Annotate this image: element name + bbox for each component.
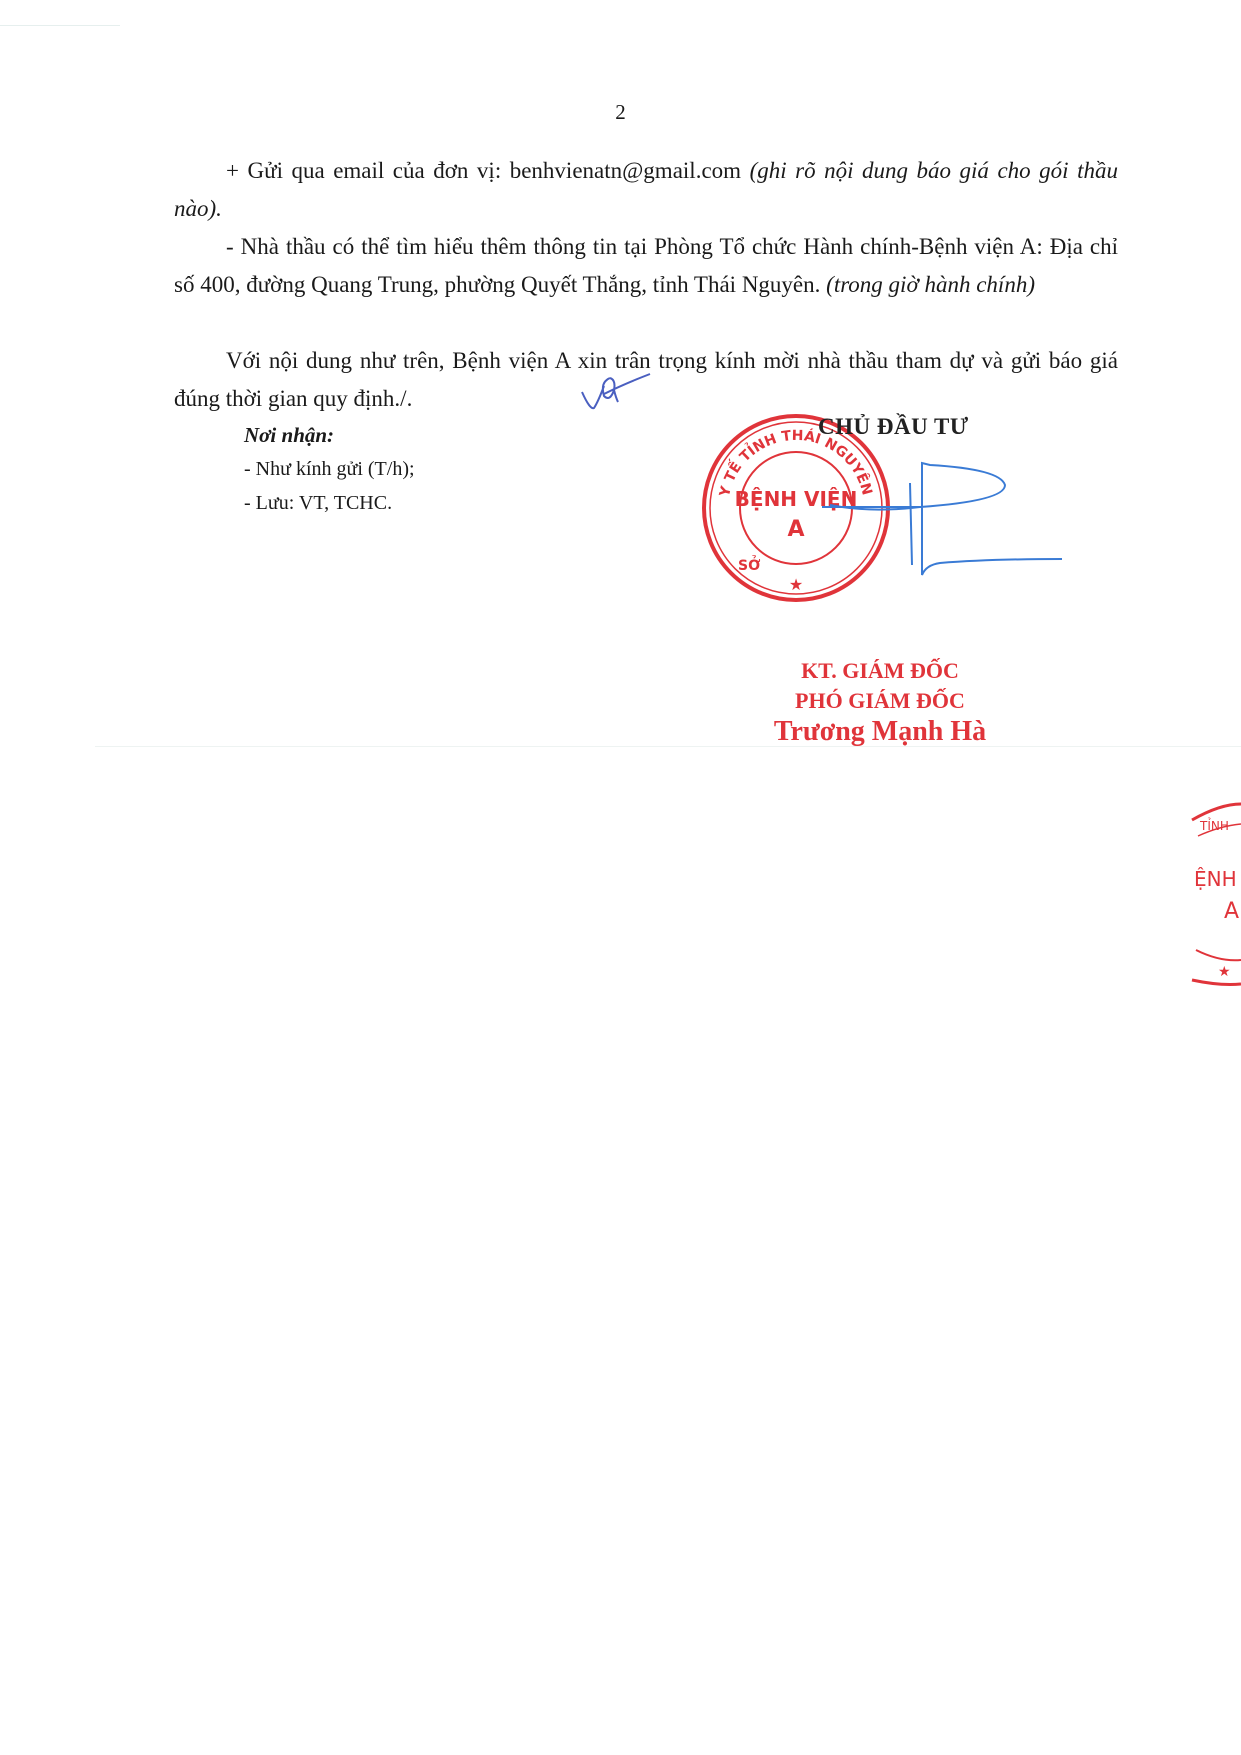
svg-text:A: A [1224,899,1239,924]
signatory-title: KT. GIÁM ĐỐC PHÓ GIÁM ĐỐC [760,656,1000,716]
paragraph-info: - Nhà thầu có thể tìm hiểu thêm thông ti… [174,228,1118,304]
initials-mark-icon [580,372,660,422]
svg-text:TỈNH: TỈNH [1199,817,1229,833]
email-text: + Gửi qua email của đơn vị: benhvienatn@… [226,158,750,183]
info-note: (trong giờ hành chính) [826,272,1035,297]
page-number: 2 [0,100,1241,125]
svg-text:★: ★ [1218,965,1231,980]
recipients-title: Nơi nhận: [244,418,415,452]
signature-icon [800,455,1070,585]
scan-fold-line [95,746,1241,747]
paragraph-email: + Gửi qua email của đơn vị: benhvienatn@… [174,152,1118,228]
partial-stamp-icon: TỈNH ỆNH A ★ [1190,800,1241,990]
recipient-item: - Lưu: VT, TCHC. [244,486,415,520]
signatory-name: Trương Mạnh Hà [740,716,1020,748]
scan-artifact-line [0,25,120,26]
svg-text:ỆNH: ỆNH [1194,867,1237,891]
investor-title: CHỦ ĐẦU TƯ [818,414,969,440]
svg-text:SỞ: SỞ [738,555,760,574]
recipients-block: Nơi nhận: - Như kính gửi (T/h); - Lưu: V… [244,418,415,520]
signatory-line1: KT. GIÁM ĐỐC [760,656,1000,686]
recipient-item: - Như kính gửi (T/h); [244,452,415,486]
signatory-line2: PHÓ GIÁM ĐỐC [760,686,1000,716]
